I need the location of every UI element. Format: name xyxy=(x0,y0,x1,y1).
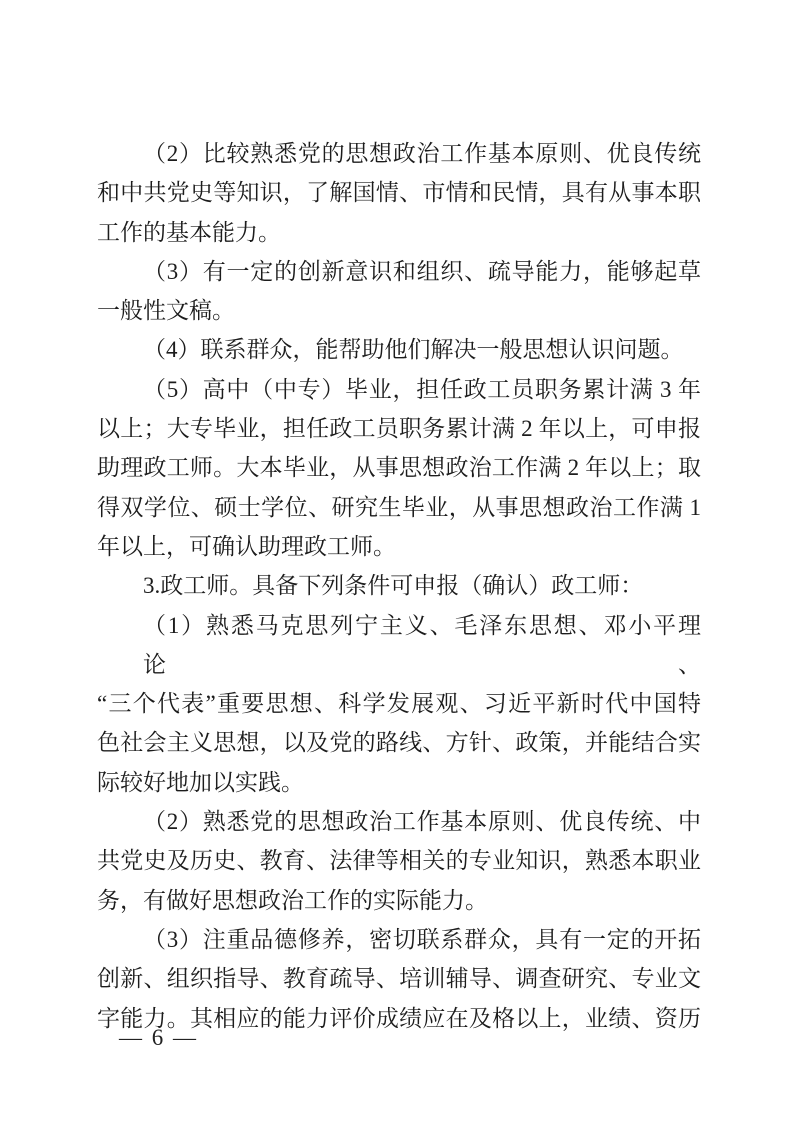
page-number: — 6 — xyxy=(119,1025,198,1050)
text-line: 务，有做好思想政治工作的实际能力。 xyxy=(97,881,701,920)
text-line: 和中共党史等知识，了解国情、市情和民情，具有从事本职 xyxy=(97,173,701,212)
text-line: “三个代表”重要思想、科学发展观、习近平新时代中国特 xyxy=(97,684,701,723)
text-line: （4）联系群众，能帮助他们解决一般思想认识问题。 xyxy=(97,330,701,369)
text-line: 3.政工师。具备下列条件可申报（确认）政工师： xyxy=(97,566,701,605)
text-line: 共党史及历史、教育、法律等相关的专业知识，熟悉本职业 xyxy=(97,841,701,880)
text-line: 一般性文稿。 xyxy=(97,291,701,330)
text-line: （1）熟悉马克思列宁主义、毛泽东思想、邓小平理论、 xyxy=(97,606,701,685)
text-line: （3）注重品德修养，密切联系群众，具有一定的开拓 xyxy=(97,920,701,959)
text-line: 以上；大专毕业，担任政工员职务累计满 2 年以上，可申报 xyxy=(97,409,701,448)
text-line: （2）熟悉党的思想政治工作基本原则、优良传统、中 xyxy=(97,802,701,841)
text-line: 助理政工师。大本毕业，从事思想政治工作满 2 年以上；取 xyxy=(97,448,701,487)
document-page: （2）比较熟悉党的思想政治工作基本原则、优良传统和中共党史等知识，了解国情、市情… xyxy=(0,0,793,1122)
text-line: （2）比较熟悉党的思想政治工作基本原则、优良传统 xyxy=(97,134,701,173)
page-footer: — 6 — xyxy=(119,1024,198,1052)
text-line: 工作的基本能力。 xyxy=(97,213,701,252)
text-line: 得双学位、硕士学位、研究生毕业，从事思想政治工作满 1 xyxy=(97,488,701,527)
text-line: （3）有一定的创新意识和组织、疏导能力，能够起草 xyxy=(97,252,701,291)
text-line: 年以上，可确认助理政工师。 xyxy=(97,527,701,566)
text-line: 创新、组织指导、教育疏导、培训辅导、调查研究、专业文 xyxy=(97,959,701,998)
text-line: 色社会主义思想，以及党的路线、方针、政策，并能结合实 xyxy=(97,723,701,762)
text-line: 际较好地加以实践。 xyxy=(97,763,701,802)
text-line: （5）高中（中专）毕业，担任政工员职务累计满 3 年 xyxy=(97,370,701,409)
document-body: （2）比较熟悉党的思想政治工作基本原则、优良传统和中共党史等知识，了解国情、市情… xyxy=(97,134,701,1038)
